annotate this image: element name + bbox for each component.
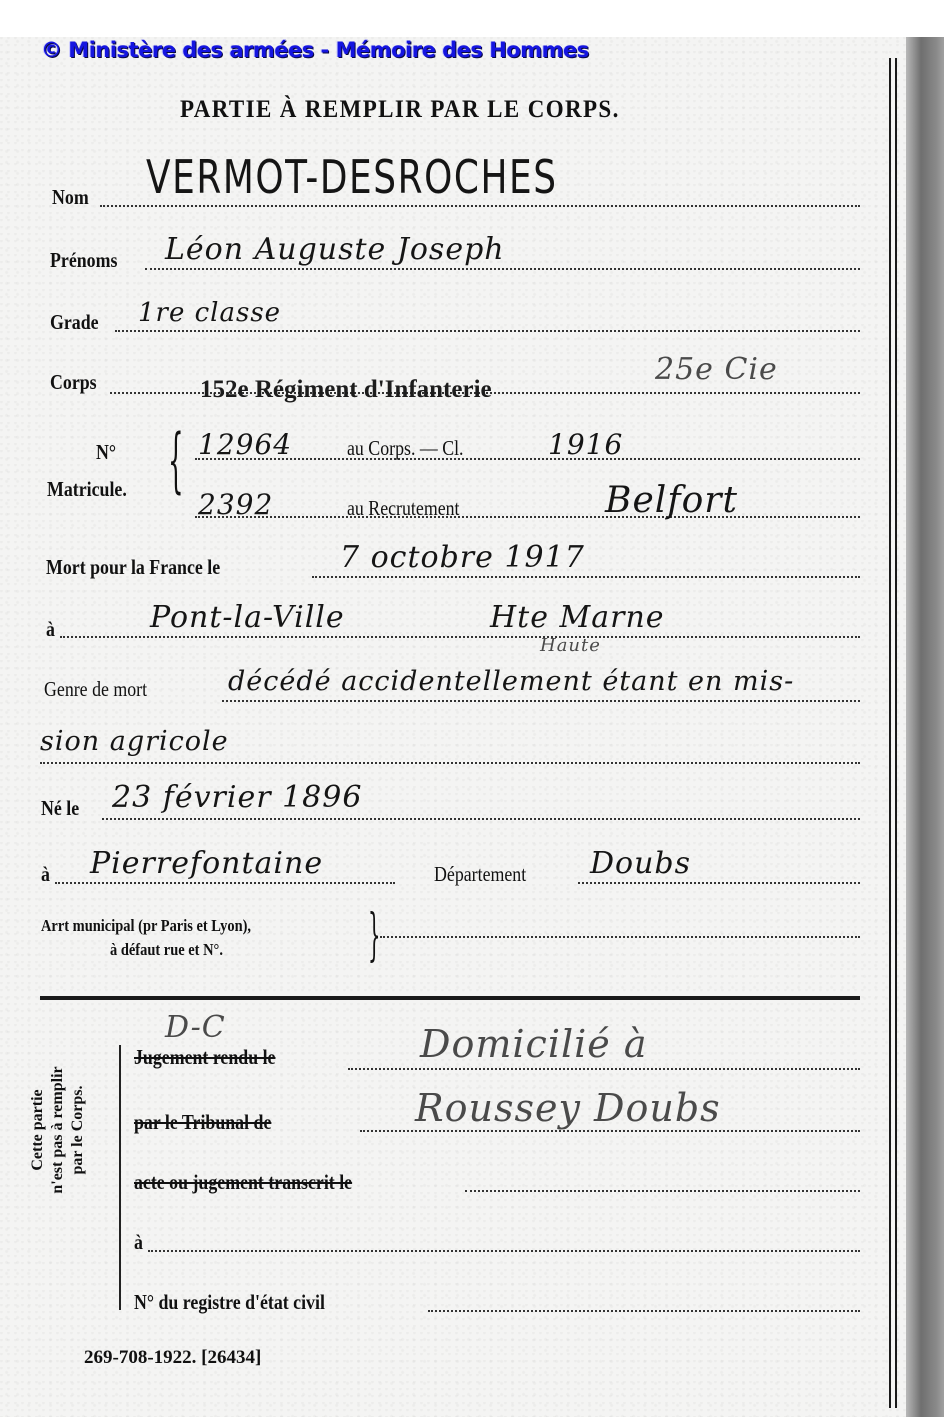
jugement-line bbox=[348, 1068, 860, 1070]
departement-value: Doubs bbox=[590, 846, 691, 881]
a-label: à bbox=[134, 1230, 143, 1255]
mort-date-label: Mort pour la France le bbox=[46, 555, 220, 580]
grade-label: Grade bbox=[50, 310, 99, 335]
border-rule bbox=[889, 58, 891, 1408]
corps-label: Corps bbox=[50, 370, 97, 395]
arrondissement-label-2: à défaut rue et N°. bbox=[110, 940, 223, 960]
annotation-dc: D-C bbox=[165, 1010, 226, 1045]
recrutement-place: Belfort bbox=[605, 480, 738, 521]
nom-label: Nom bbox=[52, 185, 89, 210]
side-note-line: Cette partie bbox=[28, 1030, 48, 1230]
transcrit-label: acte ou jugement transcrit le bbox=[134, 1170, 352, 1195]
tribunal-value: Roussey Doubs bbox=[415, 1086, 721, 1130]
nom-value: VERMOT-DESROCHES bbox=[146, 150, 558, 204]
arrondissement-label-1: Arrt municipal (pr Paris et Lyon), bbox=[41, 916, 251, 936]
ne-lieu-value: Pierrefontaine bbox=[90, 846, 323, 881]
departement-line bbox=[578, 882, 860, 884]
side-note-line: n'est pas à remplir bbox=[48, 1030, 68, 1230]
mort-lieu-dept: Hte Marne bbox=[490, 600, 665, 635]
brace bbox=[119, 1045, 121, 1310]
matricule-recrutement-line bbox=[195, 516, 860, 518]
genre-mort-value-2: sion agricole bbox=[40, 726, 229, 757]
mort-lieu-dept-note: Haute bbox=[540, 635, 601, 656]
side-note-line: par le Corps. bbox=[68, 1030, 88, 1230]
corps-annotation: 25e Cie bbox=[655, 352, 778, 387]
grade-value: 1re classe bbox=[138, 298, 281, 328]
tribunal-line bbox=[360, 1130, 860, 1132]
form-title: PARTIE À REMPLIR PAR LE CORPS. bbox=[180, 96, 620, 124]
genre-mort-line-2 bbox=[40, 762, 860, 764]
recrutement-label: au Recrutement bbox=[347, 496, 460, 521]
jugement-value: Domicilié à bbox=[420, 1022, 648, 1066]
departement-label: Département bbox=[434, 862, 526, 887]
registre-label: N° du registre d'état civil bbox=[134, 1290, 325, 1315]
tribunal-label: par le Tribunal de bbox=[134, 1110, 271, 1135]
nom-line bbox=[100, 205, 860, 207]
brace: } bbox=[368, 908, 380, 964]
genre-mort-value-1: décédé accidentellement étant en mis- bbox=[228, 666, 794, 697]
matricule-corps-line bbox=[195, 458, 860, 460]
genre-mort-label: Genre de mort bbox=[44, 677, 147, 702]
form-reference-code: 269-708-1922. [26434] bbox=[84, 1347, 261, 1369]
classe-value: 1916 bbox=[548, 428, 623, 461]
mort-date-value: 7 octobre 1917 bbox=[340, 540, 585, 575]
ne-le-value: 23 février 1896 bbox=[112, 780, 362, 815]
matricule-label: Matricule. bbox=[47, 477, 127, 502]
prenoms-label: Prénoms bbox=[50, 248, 117, 273]
side-note: Cette partie n'est pas à remplir par le … bbox=[28, 1030, 88, 1230]
mort-lieu-value: Pont-la-Ville bbox=[150, 600, 345, 635]
genre-mort-line bbox=[222, 700, 860, 702]
matricule-corps-number: 12964 bbox=[198, 428, 292, 461]
jugement-label: Jugement rendu le bbox=[134, 1045, 275, 1070]
mort-lieu-label: à bbox=[46, 617, 55, 642]
mort-date-line bbox=[312, 576, 860, 578]
matricule-no-label: N° bbox=[96, 440, 116, 465]
registre-line bbox=[428, 1310, 860, 1312]
ne-lieu-label: à bbox=[41, 862, 50, 887]
mort-lieu-line bbox=[60, 636, 860, 638]
prenoms-value: Léon Auguste Joseph bbox=[165, 232, 505, 267]
ne-lieu-line bbox=[55, 882, 395, 884]
a-line bbox=[148, 1250, 860, 1252]
card-shadow-edge bbox=[906, 37, 944, 1417]
ne-le-line bbox=[102, 818, 860, 820]
prenoms-line bbox=[145, 268, 860, 270]
grade-line bbox=[115, 330, 860, 332]
section-divider bbox=[40, 996, 860, 1000]
brace: { bbox=[168, 425, 184, 495]
corps-classe-label: au Corps. — Cl. bbox=[347, 436, 464, 461]
transcrit-line bbox=[465, 1190, 860, 1192]
copyright-watermark: © Ministère des armées - Mémoire des Hom… bbox=[41, 38, 589, 62]
ne-le-label: Né le bbox=[41, 796, 79, 821]
border-rule bbox=[895, 58, 897, 1408]
corps-stamp: 152e Régiment d'Infanterie bbox=[200, 376, 492, 404]
arrondissement-line bbox=[380, 936, 860, 938]
